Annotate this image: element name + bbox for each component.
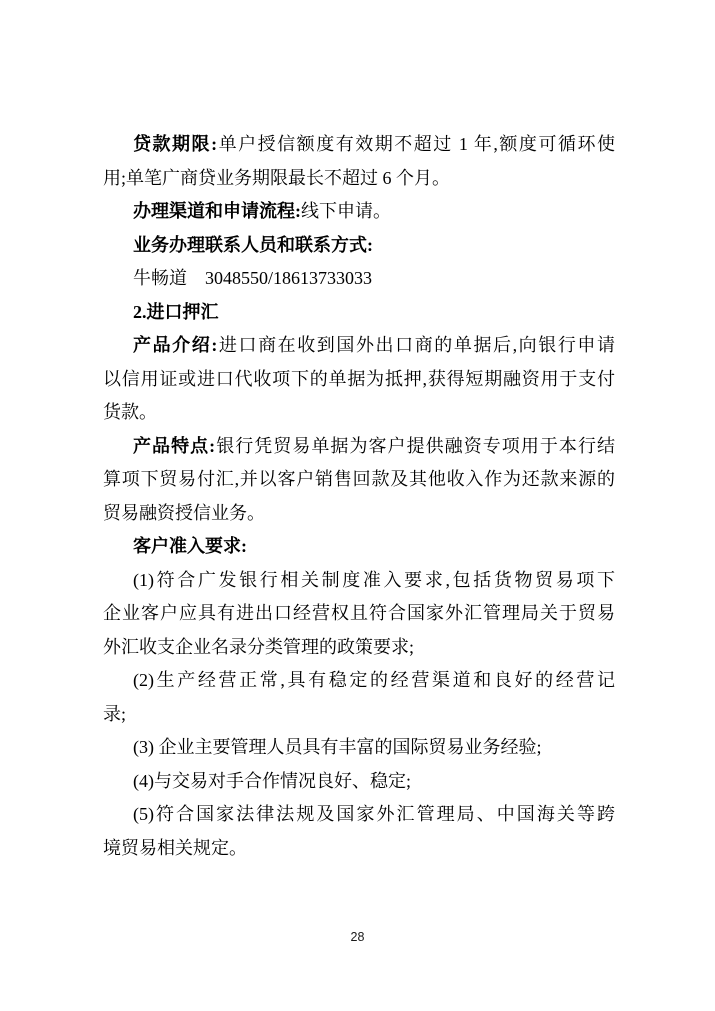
line-text: 银行凭贸易单据为客户提供融资专项用于本行结 xyxy=(215,436,615,456)
line-text: (1)符合广发银行相关制度准入要求,包括货物贸易项下 xyxy=(133,570,615,590)
line-bold-label: 2.进口押汇 xyxy=(133,302,219,322)
text-line: 境贸易相关规定。 xyxy=(103,832,615,866)
text-line: 企业客户应具有进出口经营权且符合国家外汇管理局关于贸易 xyxy=(103,597,615,631)
text-line: 用;单笔广商贷业务期限最长不超过 6 个月。 xyxy=(103,162,615,196)
line-text: 单户授信额度有效期不超过 1 年,额度可循环使 xyxy=(217,134,615,154)
text-line: 货款。 xyxy=(103,396,615,430)
text-line-list-item: (3) 企业主要管理人员具有丰富的国际贸易业务经验; xyxy=(103,731,615,765)
text-line: 录; xyxy=(103,698,615,732)
document-body-text: 贷款期限:单户授信额度有效期不超过 1 年,额度可循环使 用;单笔广商贷业务期限… xyxy=(103,128,615,865)
text-line: 算项下贸易付汇,并以客户销售回款及其他收入作为还款来源的 xyxy=(103,463,615,497)
line-text: 以信用证或进口代收项下的单据为抵押,获得短期融资用于支付 xyxy=(103,369,615,389)
line-bold-label: 贷款期限: xyxy=(133,134,217,154)
text-line-section-heading: 2.进口押汇 xyxy=(103,296,615,330)
document-page: { "document": { "page_number": "28", "li… xyxy=(0,0,715,1011)
text-line: 业务办理联系人员和联系方式: xyxy=(103,229,615,263)
text-line-contact: 牛畅道 3048550/18613733033 xyxy=(103,262,615,296)
line-text: 用;单笔广商贷业务期限最长不超过 6 个月。 xyxy=(103,168,450,188)
text-line: 贷款期限:单户授信额度有效期不超过 1 年,额度可循环使 xyxy=(103,128,615,162)
line-text: 录; xyxy=(103,704,126,724)
line-bold-label: 产品特点: xyxy=(133,436,215,456)
line-text: 外汇收支企业名录分类管理的政策要求; xyxy=(103,637,414,657)
text-line-list-item: (4)与交易对手合作情况良好、稳定; xyxy=(103,765,615,799)
line-text: 境贸易相关规定。 xyxy=(103,838,247,858)
text-line: 客户准入要求: xyxy=(103,530,615,564)
line-text: 进口商在收到国外出口商的单据后,向银行申请 xyxy=(217,335,615,355)
line-text: 牛畅道 3048550/18613733033 xyxy=(133,268,372,288)
text-line-list-item: (1)符合广发银行相关制度准入要求,包括货物贸易项下 xyxy=(103,564,615,598)
text-line-list-item: (5)符合国家法律法规及国家外汇管理局、中国海关等跨 xyxy=(103,798,615,832)
line-text: 算项下贸易付汇,并以客户销售回款及其他收入作为还款来源的 xyxy=(103,469,615,489)
text-line: 办理渠道和申请流程:线下申请。 xyxy=(103,195,615,229)
page-number: 28 xyxy=(0,930,715,944)
line-text: 线下申请。 xyxy=(301,201,391,221)
text-line-list-item: (2)生产经营正常,具有稳定的经营渠道和良好的经营记 xyxy=(103,664,615,698)
line-bold-label: 客户准入要求: xyxy=(133,536,247,556)
line-bold-label: 业务办理联系人员和联系方式: xyxy=(133,235,373,255)
text-line: 产品介绍:进口商在收到国外出口商的单据后,向银行申请 xyxy=(103,329,615,363)
line-bold-label: 办理渠道和申请流程: xyxy=(133,201,301,221)
line-text: 贸易融资授信业务。 xyxy=(103,503,265,523)
line-text: (2)生产经营正常,具有稳定的经营渠道和良好的经营记 xyxy=(133,670,615,690)
line-text: 企业客户应具有进出口经营权且符合国家外汇管理局关于贸易 xyxy=(103,603,615,623)
line-text: (3) 企业主要管理人员具有丰富的国际贸易业务经验; xyxy=(133,737,542,757)
text-line: 产品特点:银行凭贸易单据为客户提供融资专项用于本行结 xyxy=(103,430,615,464)
line-text: 货款。 xyxy=(103,402,157,422)
line-text: (4)与交易对手合作情况良好、稳定; xyxy=(133,771,411,791)
line-text: (5)符合国家法律法规及国家外汇管理局、中国海关等跨 xyxy=(133,804,615,824)
text-line: 外汇收支企业名录分类管理的政策要求; xyxy=(103,631,615,665)
line-bold-label: 产品介绍: xyxy=(133,335,217,355)
text-line: 贸易融资授信业务。 xyxy=(103,497,615,531)
text-line: 以信用证或进口代收项下的单据为抵押,获得短期融资用于支付 xyxy=(103,363,615,397)
